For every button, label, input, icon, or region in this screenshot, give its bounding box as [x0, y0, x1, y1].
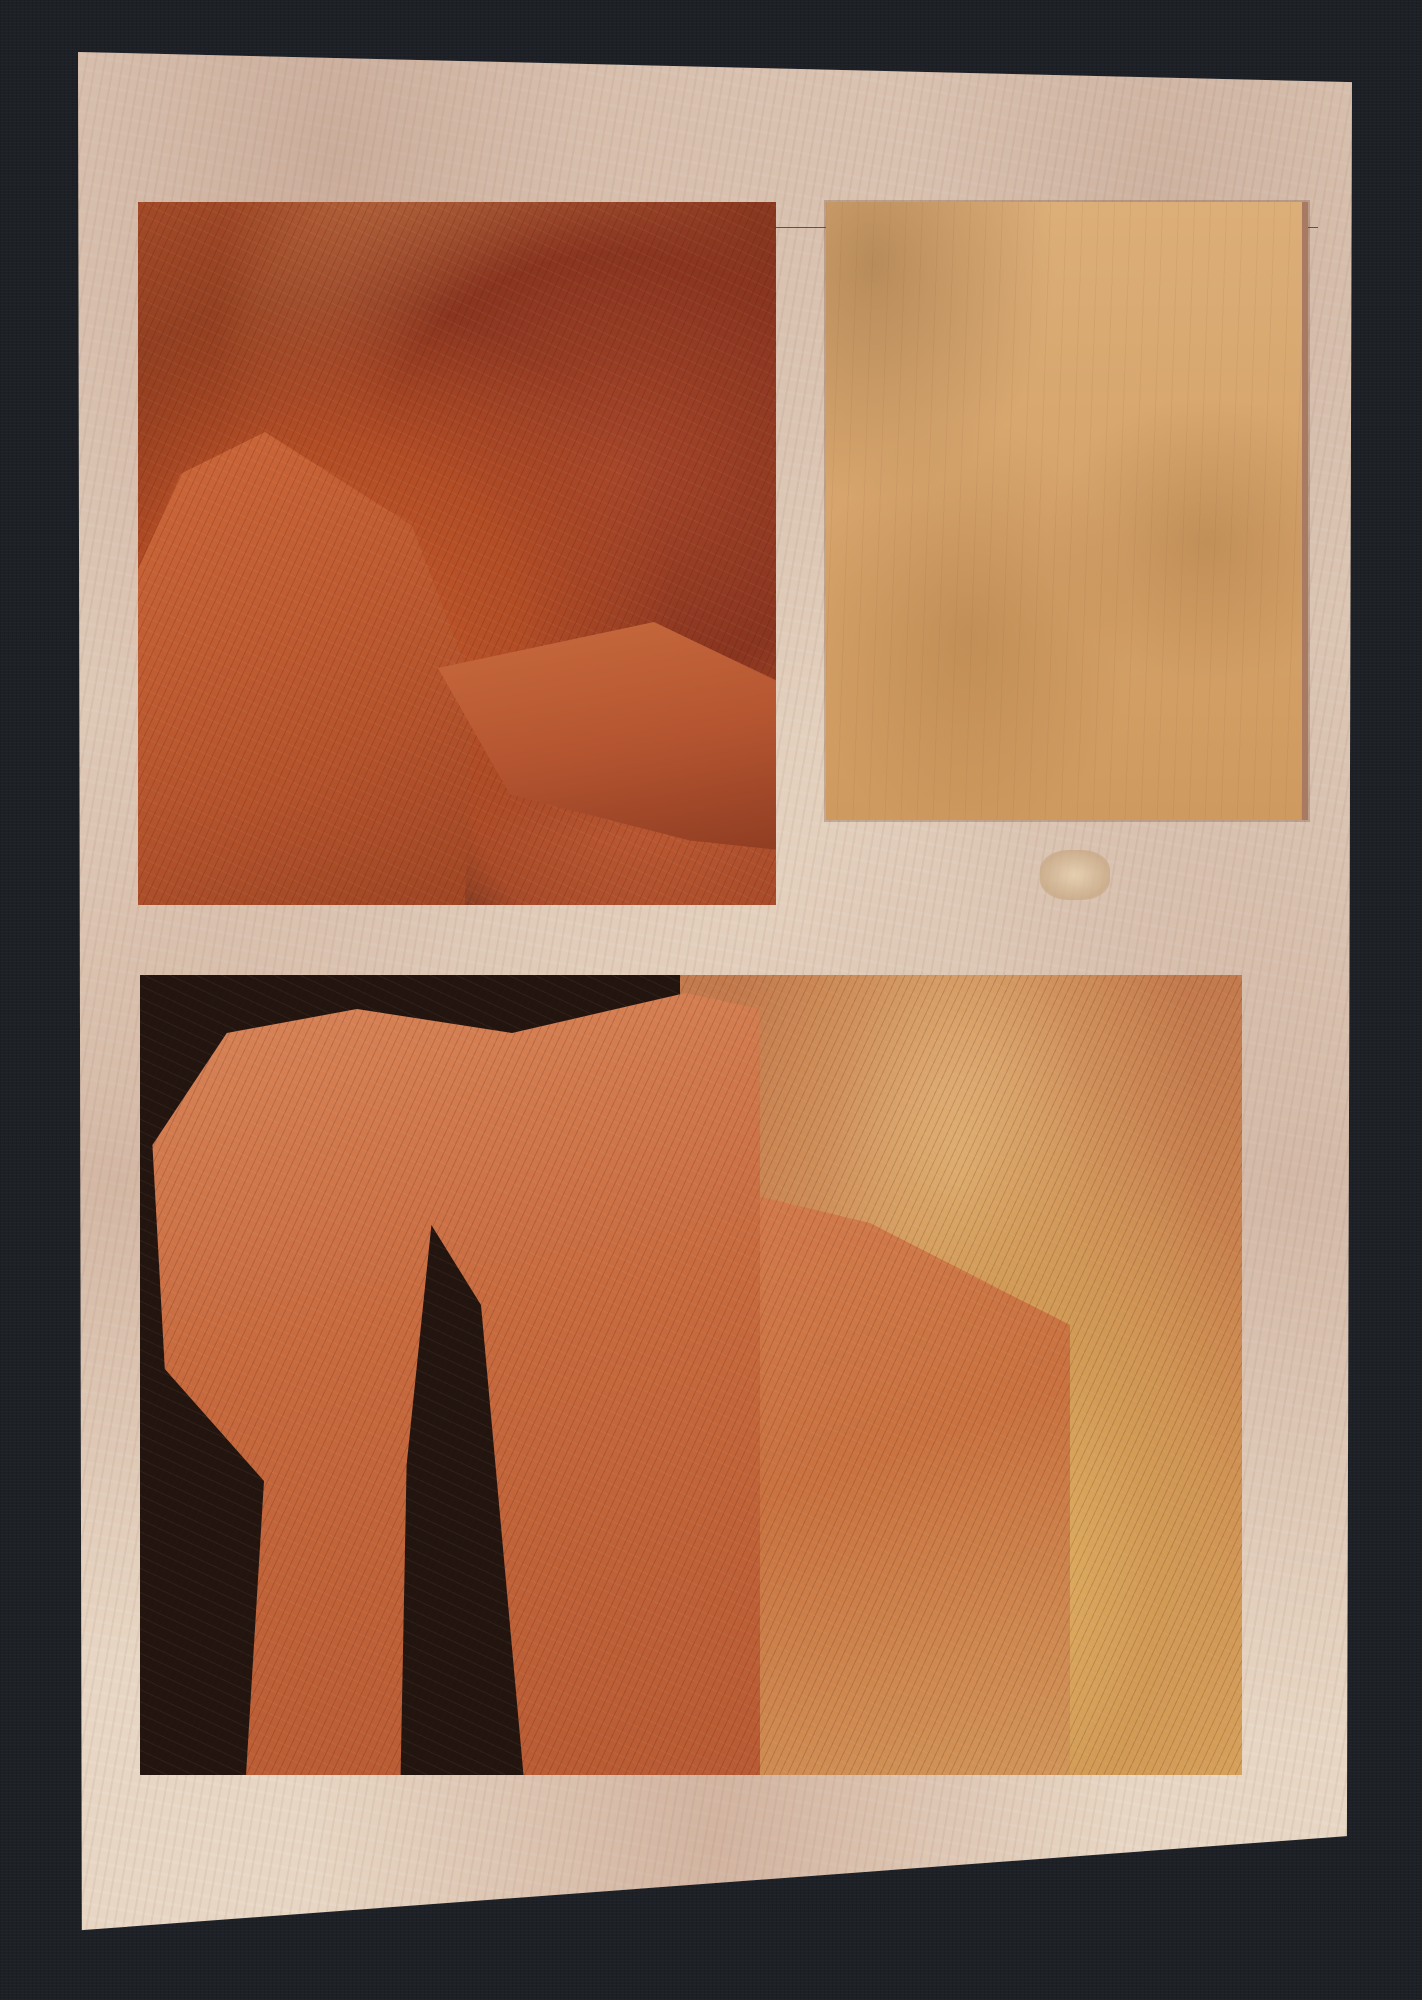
glue-blob — [1040, 850, 1110, 900]
handwritten-letter — [826, 202, 1308, 820]
anatomy-photo-ventrolateral — [138, 202, 776, 905]
anatomy-photo-ventral — [140, 975, 1242, 1775]
